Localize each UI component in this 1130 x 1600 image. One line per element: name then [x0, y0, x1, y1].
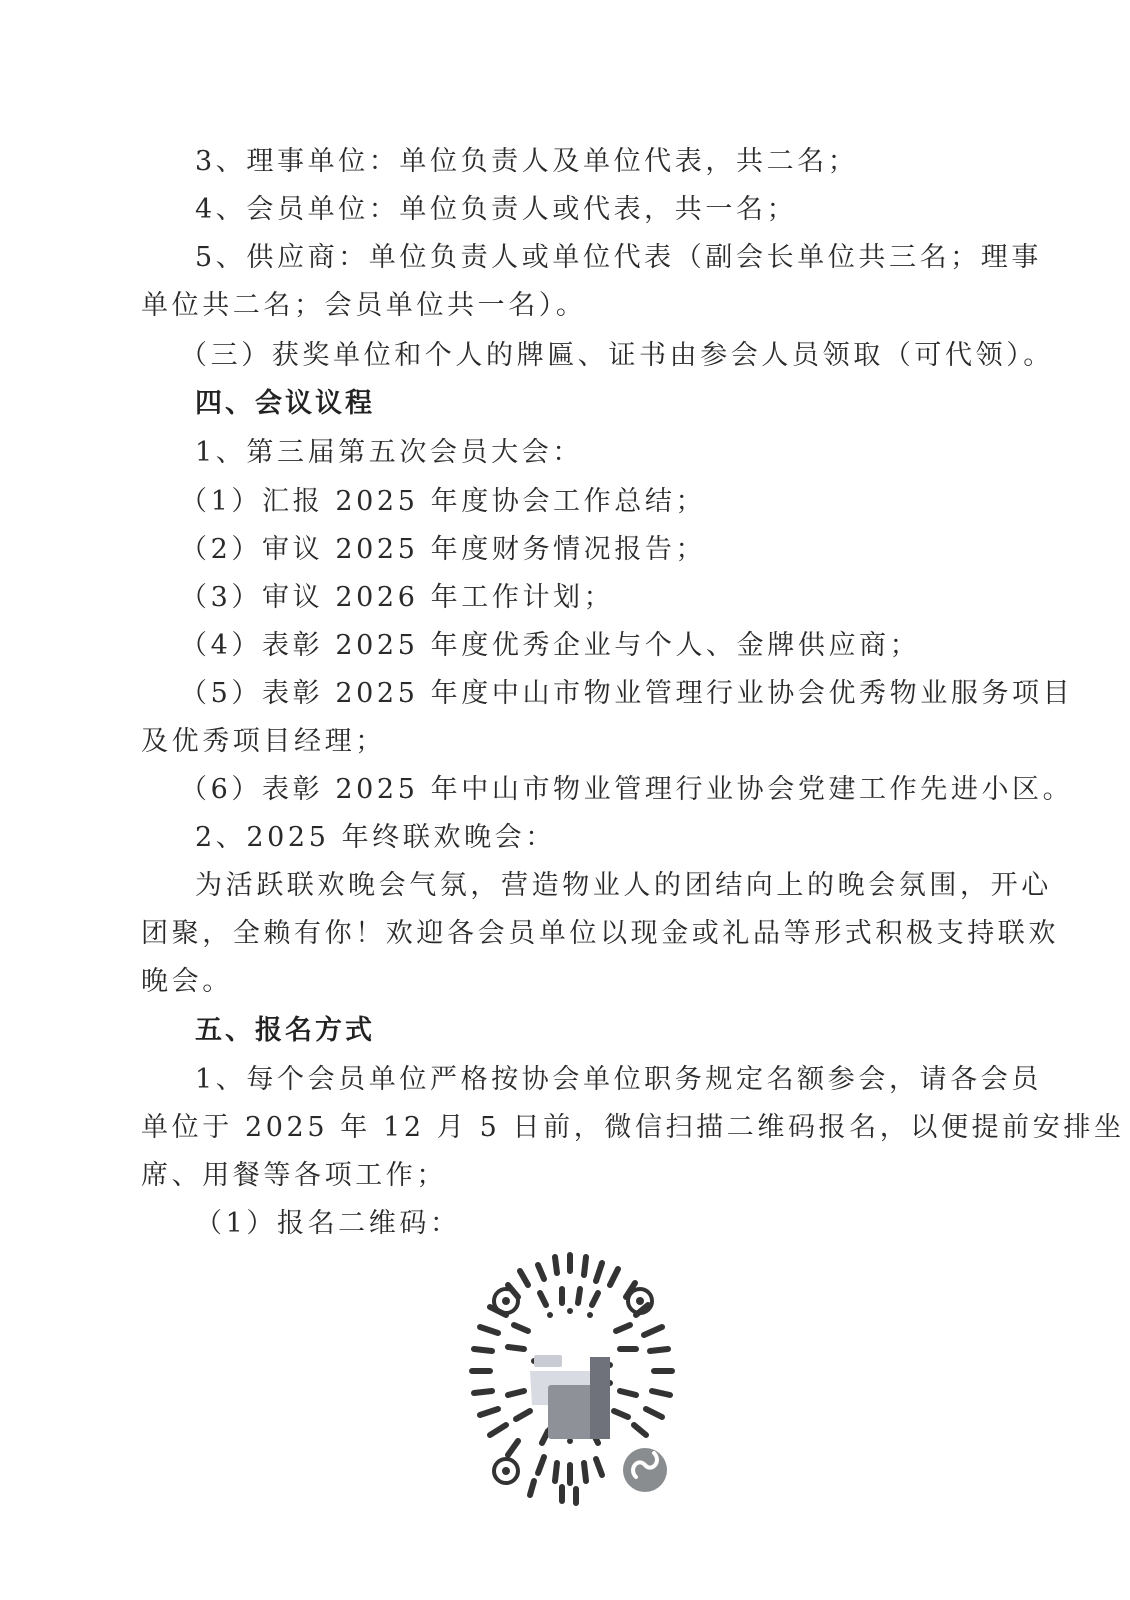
center-logo-icon — [530, 1355, 610, 1439]
document-page: 3、理事单位：单位负责人及单位代表，共二名； 4、会员单位：单位负责人或代表，共… — [0, 0, 1130, 1600]
agenda-item-title: 1、第三届第五次会员大会： — [195, 437, 583, 469]
agenda-line: （2）审议 2025 年度财务情况报告； — [180, 534, 706, 566]
agenda-line: （5）表彰 2025 年度中山市物业管理行业协会优秀物业服务项目 — [180, 678, 1073, 710]
section-heading-agenda: 四、会议议程 — [195, 388, 375, 420]
agenda-line: （4）表彰 2025 年度优秀企业与个人、金牌供应商； — [180, 630, 920, 662]
agenda-line: （6）表彰 2025 年中山市物业管理行业协会党建工作先进小区。 — [180, 774, 1073, 806]
agenda-line: （3）审议 2026 年工作计划； — [180, 582, 614, 614]
agenda-item-title: 2、2025 年终联欢晚会： — [195, 822, 556, 854]
paragraph-line: 3、理事单位：单位负责人及单位代表，共二名； — [195, 146, 858, 178]
paragraph-line: 晚会。 — [141, 966, 233, 998]
paragraph-line: 团聚，全赖有你！欢迎各会员单位以现金或礼品等形式积极支持联欢 — [141, 918, 1059, 950]
paragraph-line: 席、用餐等各项工作； — [141, 1160, 447, 1192]
paragraph-line: 单位于 2025 年 12 月 5 日前，微信扫描二维码报名，以便提前安排坐 — [141, 1112, 1125, 1144]
qr-label: （1）报名二维码： — [195, 1208, 461, 1240]
agenda-line: （1）汇报 2025 年度协会工作总结； — [180, 486, 706, 518]
paragraph-line: （三）获奖单位和个人的牌匾、证书由参会人员领取（可代领）。 — [180, 340, 1054, 372]
paragraph-line: 为活跃联欢晚会气氛，营造物业人的团结向上的晚会氛围，开心 — [195, 870, 1052, 902]
mini-program-badge-icon — [623, 1448, 667, 1492]
agenda-line: 及优秀项目经理； — [141, 726, 386, 758]
paragraph-line: 1、每个会员单位严格按协会单位职务规定名额参会，请各会员 — [195, 1064, 1042, 1096]
section-heading-registration: 五、报名方式 — [195, 1015, 375, 1047]
paragraph-line: 4、会员单位：单位负责人或代表，共一名； — [195, 194, 797, 226]
paragraph-line: 单位共二名；会员单位共一名）。 — [141, 290, 587, 322]
wechat-mini-program-code-icon[interactable] — [450, 1245, 695, 1515]
paragraph-line: 5、供应商：单位负责人或单位代表（副会长单位共三名；理事 — [195, 242, 1042, 274]
